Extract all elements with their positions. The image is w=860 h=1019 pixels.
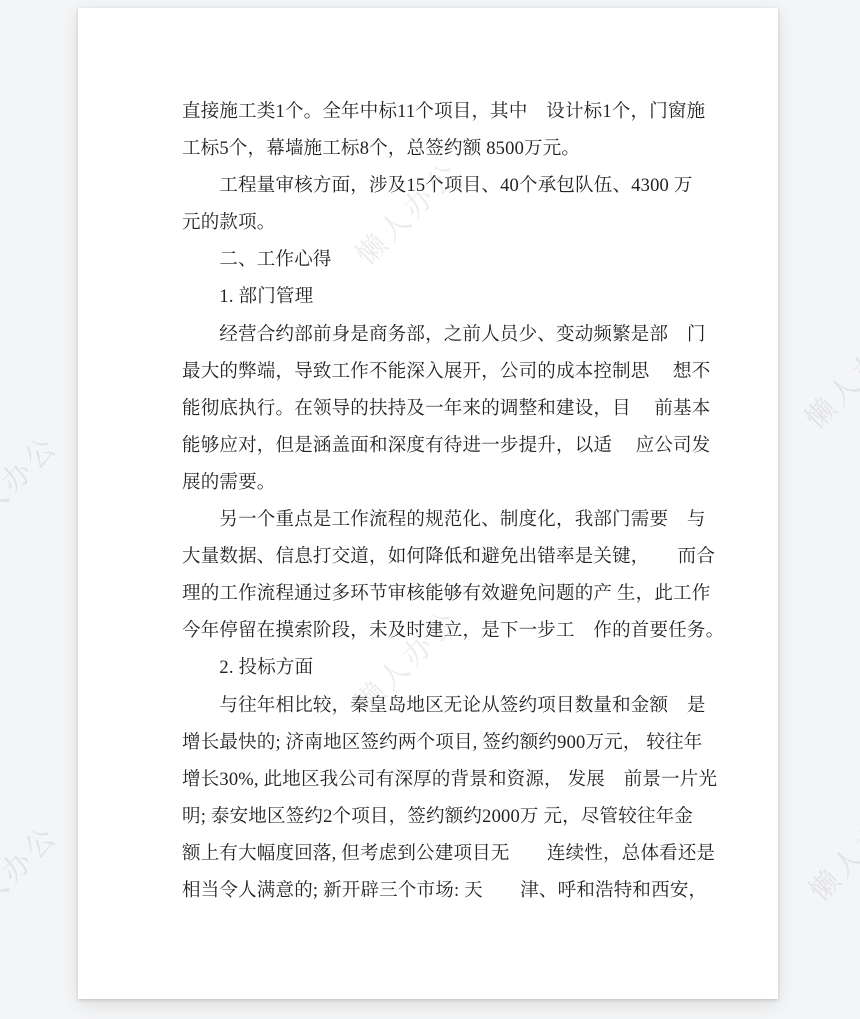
text-line: 与往年相比较，秦皇岛地区无论从签约项目数量和金额 是 xyxy=(182,688,687,725)
text-line: 最大的弊端，导致工作不能深入展开，公司的成本控制思 想不 xyxy=(182,354,687,391)
text-line: 明; 泰安地区签约2个项目，签约额约2000万 元，尽管较往年金 xyxy=(182,799,687,836)
text-line: 增长最快的; 济南地区签约两个项目, 签约额约900万元， 较往年 xyxy=(182,725,687,762)
text-line: 能彻底执行。在领导的扶持及一年来的调整和建设，目 前基本 xyxy=(182,391,687,428)
watermark-text: 懒人办公 xyxy=(0,815,66,937)
watermark-text: 懒人办公 xyxy=(795,315,860,437)
app-background: 直接施工类1个。全年中标11个项目，其中 设计标1个，门窗施工标5个，幕墙施工标… xyxy=(0,0,860,1019)
document-text: 直接施工类1个。全年中标11个项目，其中 设计标1个，门窗施工标5个，幕墙施工标… xyxy=(182,94,687,910)
text-line: 经营合约部前身是商务部，之前人员少、变动频繁是部 门 xyxy=(182,317,687,354)
text-line: 能够应对，但是涵盖面和深度有待进一步提升，以适 应公司发 xyxy=(182,428,687,465)
text-line: 元的款项。 xyxy=(182,205,687,242)
text-line: 增长30%, 此地区我公司有深厚的背景和资源， 发展 前景一片光 xyxy=(182,762,687,799)
watermark-text: 懒人办公 xyxy=(0,425,66,547)
text-line: 2. 投标方面 xyxy=(182,650,687,687)
document-page: 直接施工类1个。全年中标11个项目，其中 设计标1个，门窗施工标5个，幕墙施工标… xyxy=(78,8,778,999)
text-line: 额上有大幅度回落, 但考虑到公建项目无 连续性，总体看还是 xyxy=(182,836,687,873)
text-line: 理的工作流程通过多环节审核能够有效避免问题的产 生，此工作 xyxy=(182,576,687,613)
text-line: 今年停留在摸索阶段，未及时建立，是下一步工 作的首要任务。 xyxy=(182,613,687,650)
text-line: 直接施工类1个。全年中标11个项目，其中 设计标1个，门窗施 xyxy=(182,94,687,131)
text-line: 相当令人满意的; 新开辟三个市场: 天 津、呼和浩特和西安， xyxy=(182,873,687,910)
text-line: 大量数据、信息打交道，如何降低和避免出错率是关键， 而合 xyxy=(182,539,687,576)
text-line: 二、工作心得 xyxy=(182,242,687,279)
text-line: 另一个重点是工作流程的规范化、制度化，我部门需要 与 xyxy=(182,502,687,539)
watermark-text: 懒人办公 xyxy=(799,787,860,909)
text-line: 工标5个，幕墙施工标8个，总签约额 8500万元。 xyxy=(182,131,687,168)
text-line: 工程量审核方面，涉及15个项目、40个承包队伍、4300 万 xyxy=(182,168,687,205)
text-line: 展的需要。 xyxy=(182,465,687,502)
text-line: 1. 部门管理 xyxy=(182,279,687,316)
